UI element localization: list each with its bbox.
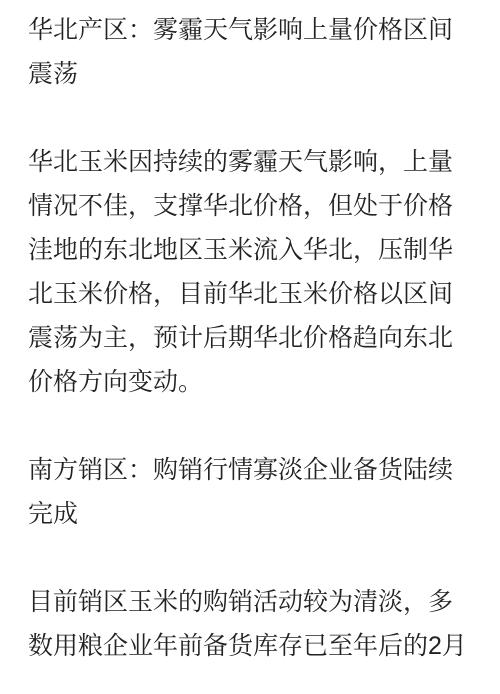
paragraph-line: 震荡为主，预计后期华北价格趋向东北: [28, 316, 476, 360]
heading-line: 完成: [28, 492, 476, 536]
paragraph-line: 价格方向变动。: [28, 360, 476, 404]
heading-southern-sales-area: 南方销区：购销行情寡淡企业备货陆续 完成: [28, 448, 476, 536]
heading-line: 南方销区：购销行情寡淡企业备货陆续: [28, 448, 476, 492]
paragraph-line: 目前销区玉米的购销活动较为清淡，多: [28, 580, 476, 624]
article-page: 华北产区：雾霾天气影响上量价格区间 震荡 华北玉米因持续的雾霾天气影响，上量 情…: [0, 0, 500, 694]
paragraph-north-china-corn: 华北玉米因持续的雾霾天气影响，上量 情况不佳，支撑华北价格，但处于价格 洼地的东…: [28, 140, 476, 404]
heading-north-china-producing-area: 华北产区：雾霾天气影响上量价格区间 震荡: [28, 8, 476, 96]
paragraph-line: 洼地的东北地区玉米流入华北，压制华: [28, 228, 476, 272]
paragraph-line: 数用粮企业年前备货库存已至年后的2月: [28, 624, 476, 668]
heading-line: 华北产区：雾霾天气影响上量价格区间: [28, 8, 476, 52]
paragraph-line: 北玉米价格，目前华北玉米价格以区间: [28, 272, 476, 316]
paragraph-sales-area-corn: 目前销区玉米的购销活动较为清淡，多 数用粮企业年前备货库存已至年后的2月: [28, 580, 476, 668]
heading-line: 震荡: [28, 52, 476, 96]
paragraph-line: 华北玉米因持续的雾霾天气影响，上量: [28, 140, 476, 184]
paragraph-line: 情况不佳，支撑华北价格，但处于价格: [28, 184, 476, 228]
article-body: 华北产区：雾霾天气影响上量价格区间 震荡 华北玉米因持续的雾霾天气影响，上量 情…: [0, 0, 476, 668]
